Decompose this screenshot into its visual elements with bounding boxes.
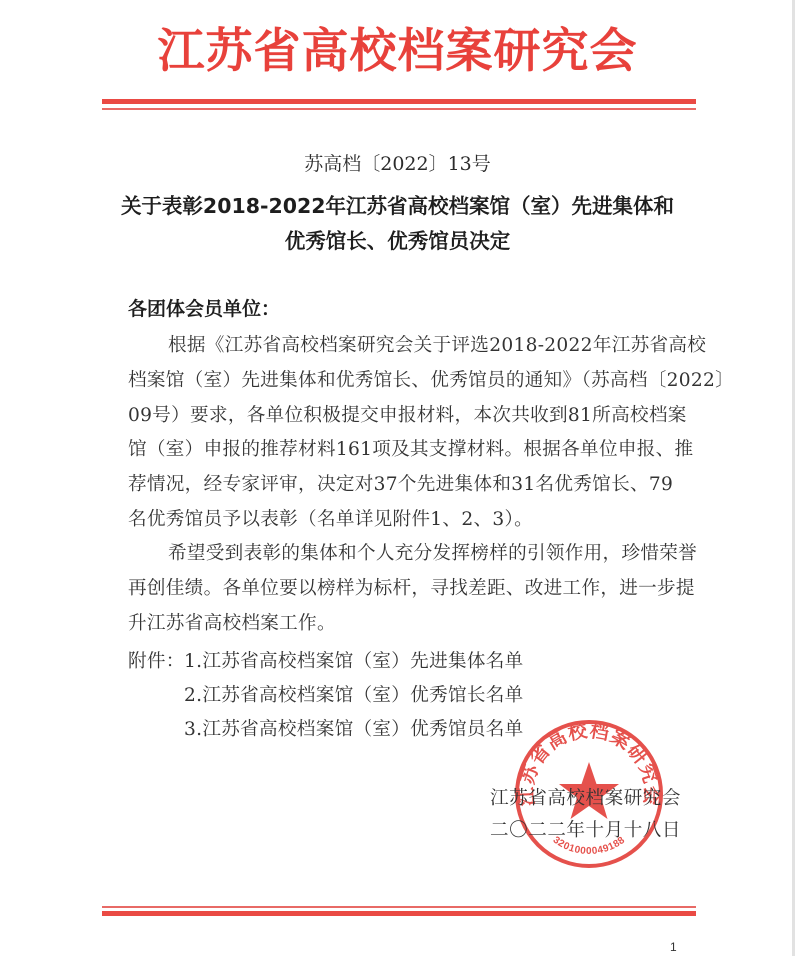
paragraph-line: 馆（室）申报的推荐材料161项及其支撑材料。根据各单位申报、推: [128, 433, 683, 468]
letterhead-title: 江苏省高校档案研究会: [0, 22, 795, 82]
paragraph-1: 根据《江苏省高校档案研究会关于评选2018-2022年江苏省高校 档案馆（室）先…: [128, 329, 683, 538]
attachment-item: 附件：1.江苏省高校档案馆（室）先进集体名单: [128, 645, 524, 679]
attachment-item: 3.江苏省高校档案馆（室）优秀馆员名单: [128, 713, 524, 747]
salutation: 各团体会员单位：: [128, 296, 280, 322]
paragraph-line: 升江苏省高校档案工作。: [128, 607, 683, 642]
letterhead-rule-thick: [102, 99, 696, 104]
attachments-label: 附件：: [128, 645, 184, 679]
attachment-text: 3.江苏省高校档案馆（室）优秀馆员名单: [184, 719, 524, 740]
paragraph-line: 荐情况，经专家评审，决定对37个先进集体和31名优秀馆长、79: [128, 468, 683, 503]
document-title-line-1: 关于表彰2018-2022年江苏省高校档案馆（室）先进集体和: [0, 192, 795, 220]
letterhead-rule-thin: [102, 108, 696, 110]
paragraph-line: 根据《江苏省高校档案研究会关于评选2018-2022年江苏省高校: [128, 329, 683, 364]
paragraph-line: 档案馆（室）先进集体和优秀馆长、优秀馆员的通知》（苏高档〔2022〕: [128, 364, 683, 399]
signature-organization: 江苏省高校档案研究会: [490, 783, 681, 815]
document-title-line-2: 优秀馆长、优秀馆员决定: [0, 227, 795, 255]
paragraph-line: 再创佳绩。各单位要以榜样为标杆，寻找差距、改进工作，进一步提: [128, 572, 683, 607]
paragraph-2: 希望受到表彰的集体和个人充分发挥榜样的引领作用，珍惜荣誉 再创佳绩。各单位要以榜…: [128, 537, 683, 641]
footer-rule-thick: [102, 911, 696, 916]
attachments-list: 附件：1.江苏省高校档案馆（室）先进集体名单 2.江苏省高校档案馆（室）优秀馆长…: [128, 645, 524, 747]
attachment-text: 1.江苏省高校档案馆（室）先进集体名单: [184, 651, 524, 672]
page-number: 1: [670, 940, 677, 954]
attachment-item: 2.江苏省高校档案馆（室）优秀馆长名单: [128, 679, 524, 713]
paragraph-line: 09号）要求，各单位积极提交申报材料，本次共收到81所高校档案: [128, 399, 683, 434]
footer-rule-thin: [102, 906, 696, 908]
signature-date: 二〇二二年十月十八日: [490, 815, 681, 847]
attachment-text: 2.江苏省高校档案馆（室）优秀馆长名单: [184, 685, 524, 706]
paragraph-line: 希望受到表彰的集体和个人充分发挥榜样的引领作用，珍惜荣誉: [128, 537, 683, 572]
paragraph-line: 名优秀馆员予以表彰（名单详见附件1、2、3）。: [128, 503, 683, 538]
document-number: 苏高档〔2022〕13号: [0, 151, 795, 177]
